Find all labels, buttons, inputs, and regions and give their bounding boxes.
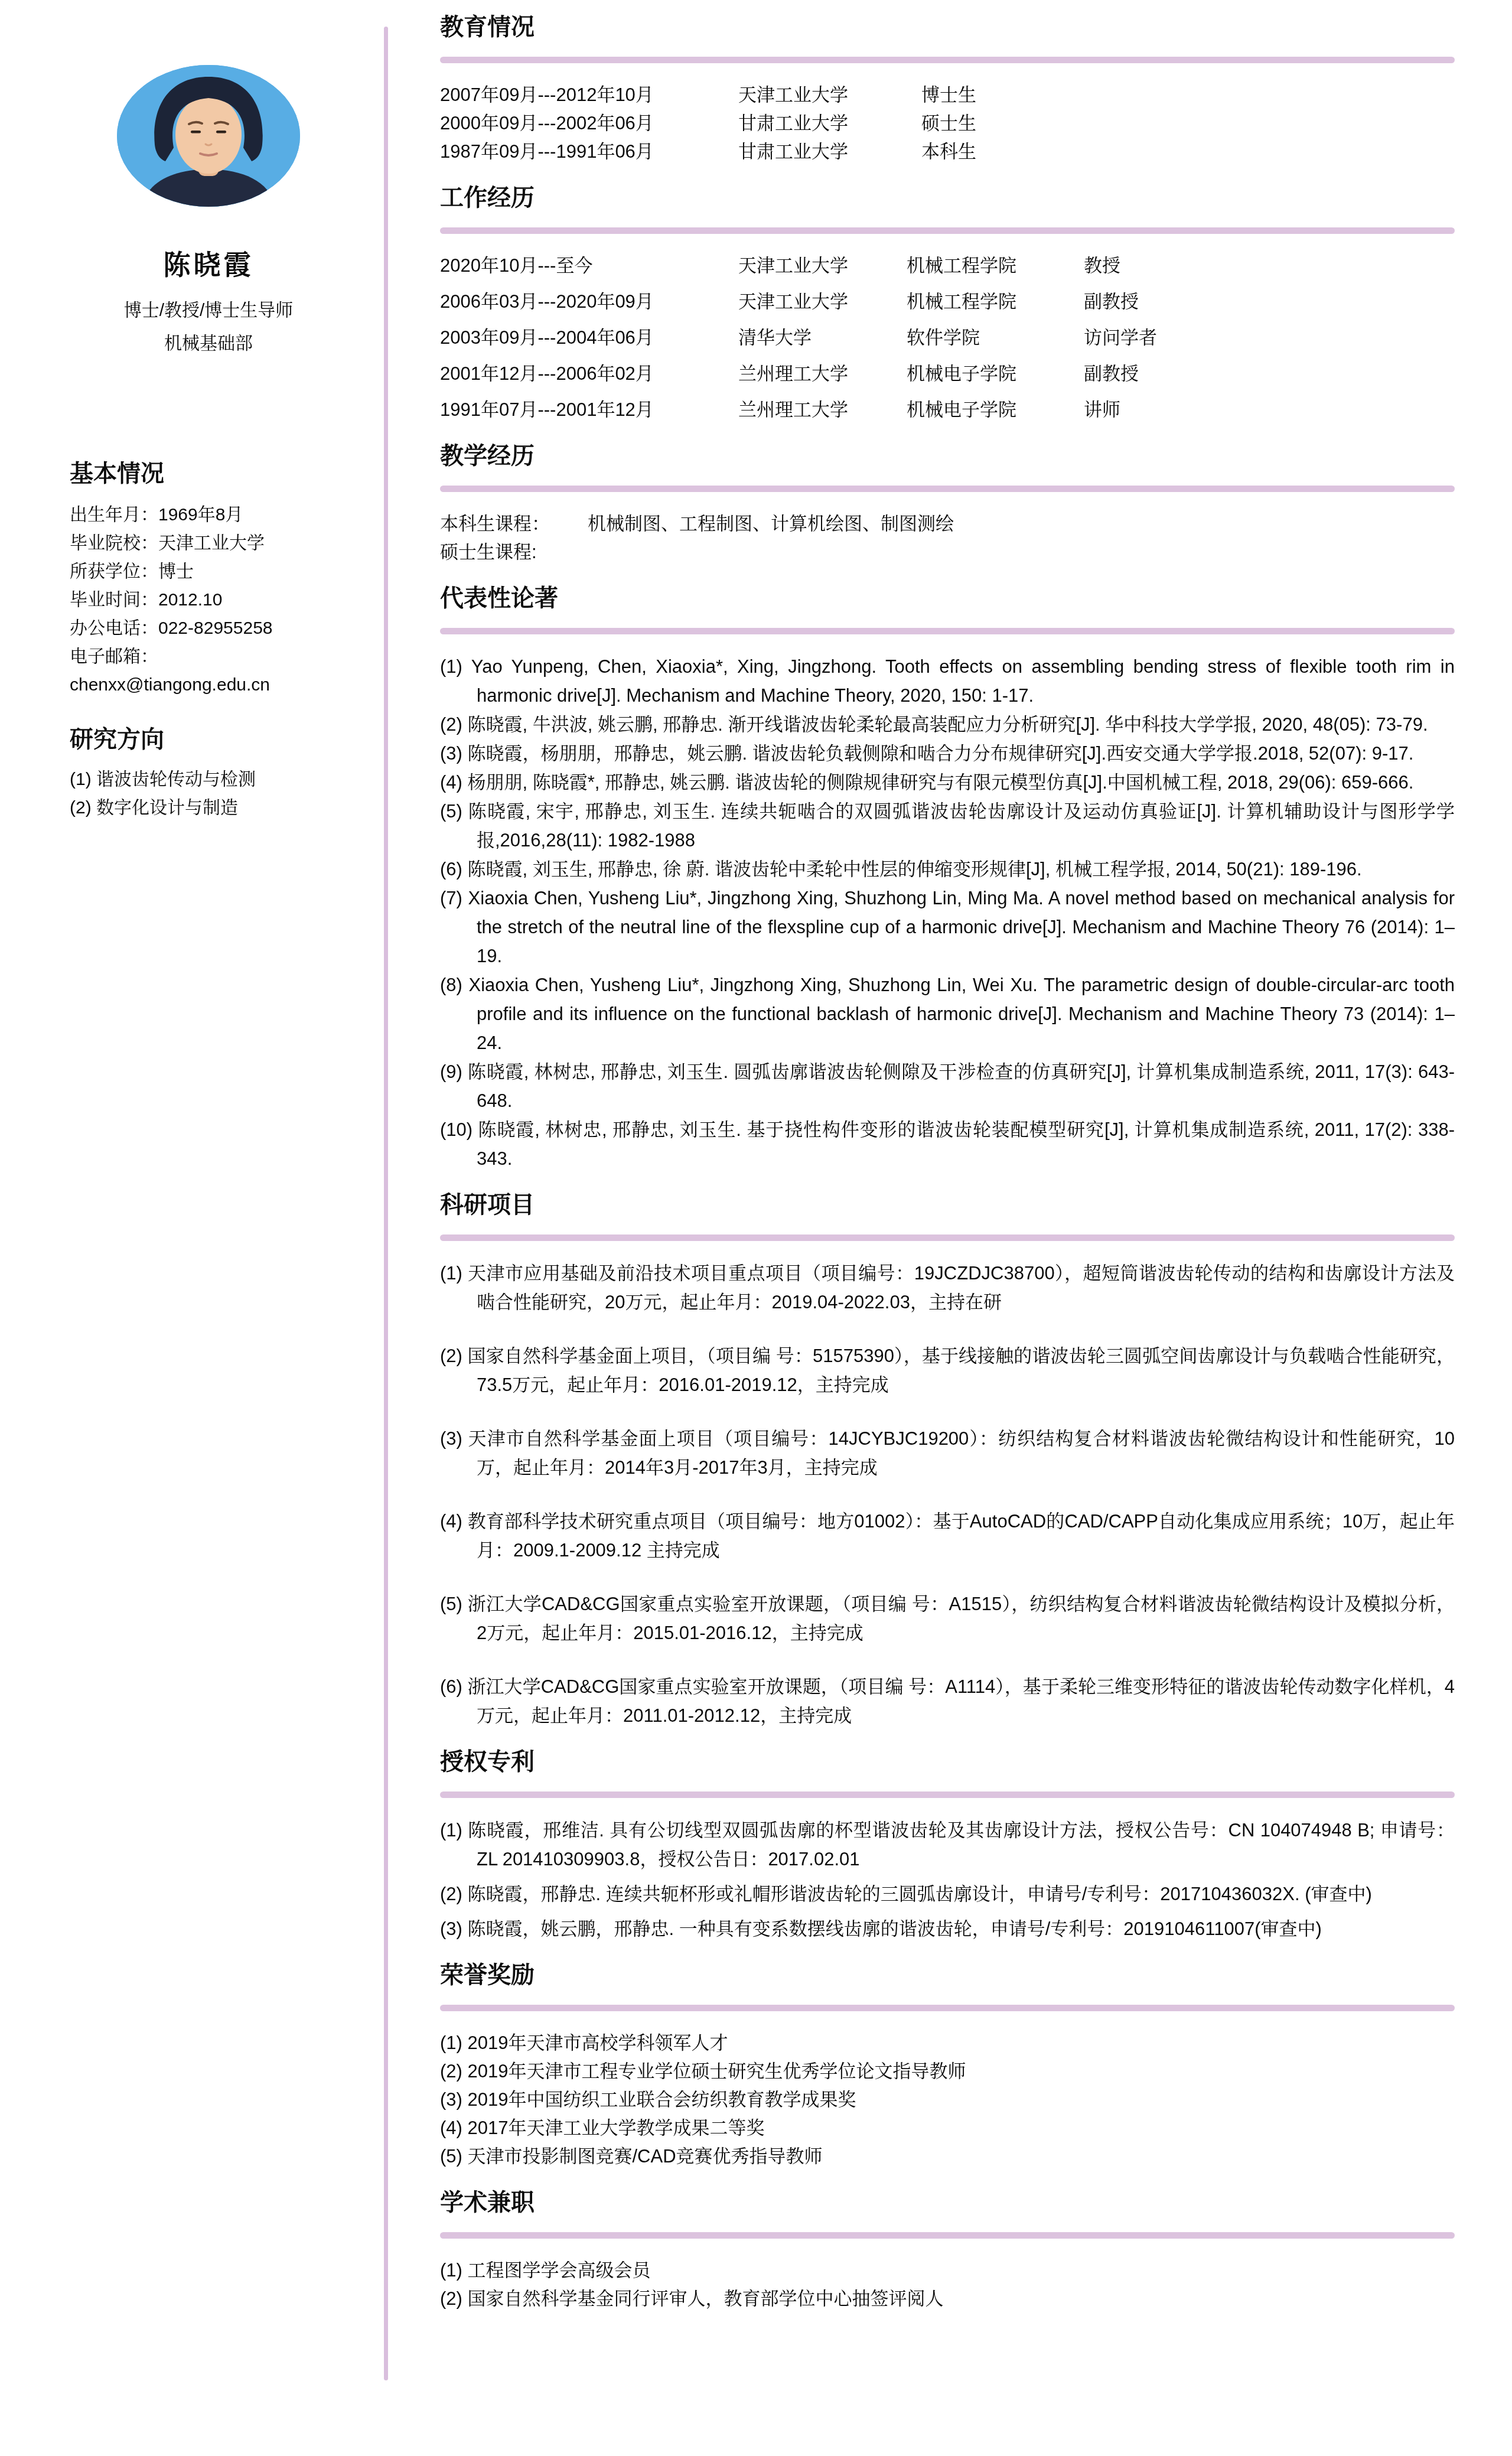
basic-info-row: 所获学位：博士 [70, 558, 347, 586]
honors-heading: 荣誉奖励 [440, 1961, 1455, 1989]
education-heading: 教育情况 [440, 13, 1455, 41]
patent-item: (1) 陈晓霞，邢维洁. 具有公切线型双圆弧齿廓的杯型谐波齿轮及其齿廓设计方法，… [440, 1816, 1455, 1874]
info-label: 电子邮箱： [70, 647, 158, 666]
sidebar: 陈晓霞 博士/教授/博士生导师 机械基础部 基本情况 出生年月：1969年8月 … [70, 65, 347, 822]
education-row: 2007年09月---2012年10月 天津工业大学 博士生 [440, 81, 1455, 109]
section-teaching: 教学经历 本科生课程： 机械制图、工程制图、计算机绘图、制图测绘 硕士生课程: [440, 442, 1455, 566]
period-cell: 2006年03月---2020年09月 [440, 288, 738, 316]
basic-info-list: 出生年月：1969年8月 毕业院校：天津工业大学 所获学位：博士 毕业时间：20… [70, 501, 347, 699]
profile-name: 陈晓霞 [70, 243, 347, 282]
accent-rule [440, 486, 1455, 492]
organization-cell: 清华大学 [738, 324, 907, 352]
department-cell: 机械工程学院 [907, 288, 1084, 316]
email-value: chenxx@tiangong.edu.cn [70, 671, 347, 699]
patents-heading: 授权专利 [440, 1748, 1455, 1776]
section-honors: 荣誉奖励 (1) 2019年天津市高校学科领军人才 (2) 2019年天津市工程… [440, 1961, 1455, 2171]
publication-item: (5) 陈晓霞, 宋宇, 邢静忠, 刘玉生. 连续共轭啮合的双圆弧谐波齿轮齿廓设… [440, 797, 1455, 855]
publication-item: (7) Xiaoxia Chen, Yusheng Liu*, Jingzhon… [440, 884, 1455, 970]
teaching-row: 本科生课程： 机械制图、工程制图、计算机绘图、制图测绘 [440, 510, 1455, 538]
publication-item: (3) 陈晓霞，杨朋朋，邢静忠，姚云鹏. 谐波齿轮负载侧隙和啮合力分布规律研究[… [440, 739, 1455, 768]
section-patents: 授权专利 (1) 陈晓霞，邢维洁. 具有公切线型双圆弧齿廓的杯型谐波齿轮及其齿廓… [440, 1748, 1455, 1943]
section-work: 工作经历 2020年10月---至今 天津工业大学 机械工程学院 教授 2006… [440, 184, 1455, 424]
accent-rule [440, 628, 1455, 634]
info-label: 出生年月： [70, 505, 158, 525]
research-direction-item: (2) 数字化设计与制造 [70, 794, 347, 822]
publication-item: (2) 陈晓霞, 牛洪波, 姚云鹏, 邢静忠. 渐开线谐波齿轮柔轮最高装配应力分… [440, 710, 1455, 739]
academic-post-item: (2) 国家自然科学基金同行评审人，教育部学位中心抽签评阅人 [440, 2285, 1455, 2313]
organization-cell: 天津工业大学 [738, 252, 907, 280]
info-value: 2012.10 [158, 590, 222, 610]
accent-rule [440, 1234, 1455, 1241]
info-value: 天津工业大学 [158, 533, 265, 553]
honor-item: (2) 2019年天津市工程专业学位硕士研究生优秀学位论文指导教师 [440, 2057, 1455, 2086]
project-item: (4) 教育部科学技术研究重点项目（项目编号：地方01002）：基于AutoCA… [440, 1507, 1455, 1565]
education-row: 1987年09月---1991年06月 甘肃工业大学 本科生 [440, 138, 1455, 166]
degree-cell: 博士生 [921, 81, 1455, 109]
period-cell: 2007年09月---2012年10月 [440, 81, 738, 109]
school-cell: 甘肃工业大学 [738, 138, 921, 166]
course-list: 机械制图、工程制图、计算机绘图、制图测绘 [588, 510, 1455, 538]
work-heading: 工作经历 [440, 184, 1455, 212]
publication-item: (4) 杨朋朋, 陈晓霞*, 邢静忠, 姚云鹏. 谐波齿轮的侧隙规律研究与有限元… [440, 768, 1455, 797]
publication-item: (10) 陈晓霞, 林树忠, 邢静忠, 刘玉生. 基于挠性构件变形的谐波齿轮装配… [440, 1115, 1455, 1173]
department-cell: 软件学院 [907, 324, 1084, 352]
publication-item: (1) Yao Yunpeng, Chen, Xiaoxia*, Xing, J… [440, 652, 1455, 710]
period-cell: 1987年09月---1991年06月 [440, 138, 738, 166]
project-item: (2) 国家自然科学基金面上项目，（项目编 号：51575390），基于线接触的… [440, 1341, 1455, 1399]
publications-heading: 代表性论著 [440, 584, 1455, 613]
accent-rule [440, 2232, 1455, 2239]
course-list [588, 538, 1455, 566]
patent-item: (3) 陈晓霞，姚云鹏，邢静忠. 一种具有变系数摆线齿廓的谐波齿轮，申请号/专利… [440, 1914, 1455, 1943]
accent-rule [440, 2005, 1455, 2011]
project-item: (6) 浙江大学CAD&CG国家重点实验室开放课题，（项目编 号：A1114），… [440, 1672, 1455, 1730]
info-value: 022-82955258 [158, 618, 273, 638]
profile-photo [117, 65, 300, 207]
title-cell: 访问学者 [1084, 324, 1455, 352]
publication-item: (6) 陈晓霞, 刘玉生, 邢静忠, 徐 蔚. 谐波齿轮中柔轮中性层的伸缩变形规… [440, 855, 1455, 884]
column-divider [384, 27, 388, 2380]
basic-info-row: 毕业时间：2012.10 [70, 586, 347, 614]
school-cell: 甘肃工业大学 [738, 109, 921, 138]
project-item: (5) 浙江大学CAD&CG国家重点实验室开放课题，（项目编 号：A1515），… [440, 1589, 1455, 1647]
academic-posts-heading: 学术兼职 [440, 2188, 1455, 2217]
main-content: 教育情况 2007年09月---2012年10月 天津工业大学 博士生 2000… [440, 13, 1455, 2313]
info-label: 毕业时间： [70, 590, 158, 610]
accent-rule [440, 57, 1455, 63]
period-cell: 2001年12月---2006年02月 [440, 360, 738, 388]
info-value: 博士 [158, 562, 194, 581]
degree-cell: 本科生 [921, 138, 1455, 166]
research-direction-item: (1) 谐波齿轮传动与检测 [70, 766, 347, 794]
teaching-row: 硕士生课程: [440, 538, 1455, 566]
publication-item: (8) Xiaoxia Chen, Yusheng Liu*, Jingzhon… [440, 970, 1455, 1057]
profile-title: 博士/教授/博士生导师 [70, 295, 347, 321]
department-cell: 机械电子学院 [907, 360, 1084, 388]
info-value: 1969年8月 [158, 505, 243, 525]
work-row: 2001年12月---2006年02月 兰州理工大学 机械电子学院 副教授 [440, 360, 1455, 388]
degree-cell: 硕士生 [921, 109, 1455, 138]
section-education: 教育情况 2007年09月---2012年10月 天津工业大学 博士生 2000… [440, 13, 1455, 166]
course-level-label: 本科生课程： [440, 510, 588, 538]
profile-department: 机械基础部 [70, 328, 347, 354]
organization-cell: 天津工业大学 [738, 288, 907, 316]
title-cell: 教授 [1084, 252, 1455, 280]
section-academic-posts: 学术兼职 (1) 工程图学学会高级会员 (2) 国家自然科学基金同行评审人，教育… [440, 2188, 1455, 2313]
faculty-profile-page: 陈晓霞 博士/教授/博士生导师 机械基础部 基本情况 出生年月：1969年8月 … [0, 0, 1512, 2456]
info-label: 所获学位： [70, 562, 158, 581]
work-row: 2020年10月---至今 天津工业大学 机械工程学院 教授 [440, 252, 1455, 280]
period-cell: 1991年07月---2001年12月 [440, 396, 738, 424]
project-item: (3) 天津市自然科学基金面上项目（项目编号：14JCYBJC19200）：纺织… [440, 1424, 1455, 1482]
research-directions-list: (1) 谐波齿轮传动与检测 (2) 数字化设计与制造 [70, 766, 347, 822]
info-label: 办公电话： [70, 618, 158, 638]
basic-info-row-email: 电子邮箱：chenxx@tiangong.edu.cn [70, 643, 347, 699]
info-label: 毕业院校： [70, 533, 158, 553]
basic-info-row: 出生年月：1969年8月 [70, 501, 347, 529]
publication-item: (9) 陈晓霞, 林树忠, 邢静忠, 刘玉生. 圆弧齿廓谐波齿轮侧隙及干涉检查的… [440, 1057, 1455, 1115]
accent-rule [440, 227, 1455, 234]
basic-info-row: 办公电话：022-82955258 [70, 614, 347, 643]
section-projects: 科研项目 (1) 天津市应用基础及前沿技术项目重点项目（项目编号：19JCZDJ… [440, 1191, 1455, 1730]
title-cell: 副教授 [1084, 288, 1455, 316]
projects-heading: 科研项目 [440, 1191, 1455, 1219]
organization-cell: 兰州理工大学 [738, 360, 907, 388]
school-cell: 天津工业大学 [738, 81, 921, 109]
period-cell: 2020年10月---至今 [440, 252, 738, 280]
title-cell: 副教授 [1084, 360, 1455, 388]
project-item: (1) 天津市应用基础及前沿技术项目重点项目（项目编号：19JCZDJC3870… [440, 1259, 1455, 1317]
education-row: 2000年09月---2002年06月 甘肃工业大学 硕士生 [440, 109, 1455, 138]
honor-item: (5) 天津市投影制图竞赛/CAD竞赛优秀指导教师 [440, 2142, 1455, 2171]
academic-post-item: (1) 工程图学学会高级会员 [440, 2256, 1455, 2285]
course-level-label: 硕士生课程: [440, 538, 588, 566]
section-publications: 代表性论著 (1) Yao Yunpeng, Chen, Xiaoxia*, X… [440, 584, 1455, 1173]
period-cell: 2003年09月---2004年06月 [440, 324, 738, 352]
honor-item: (1) 2019年天津市高校学科领军人才 [440, 2029, 1455, 2057]
teaching-heading: 教学经历 [440, 442, 1455, 470]
research-directions-heading: 研究方向 [70, 725, 347, 754]
department-cell: 机械工程学院 [907, 252, 1084, 280]
basic-info-heading: 基本情况 [70, 460, 347, 488]
honor-item: (3) 2019年中国纺织工业联合会纺织教育教学成果奖 [440, 2086, 1455, 2114]
honor-item: (4) 2017年天津工业大学教学成果二等奖 [440, 2114, 1455, 2142]
patent-item: (2) 陈晓霞，邢静忠. 连续共轭杯形或礼帽形谐波齿轮的三圆弧齿廓设计，申请号/… [440, 1880, 1455, 1908]
accent-rule [440, 1791, 1455, 1798]
title-cell: 讲师 [1084, 396, 1455, 424]
work-row: 1991年07月---2001年12月 兰州理工大学 机械电子学院 讲师 [440, 396, 1455, 424]
department-cell: 机械电子学院 [907, 396, 1084, 424]
basic-info-row: 毕业院校：天津工业大学 [70, 529, 347, 558]
work-row: 2006年03月---2020年09月 天津工业大学 机械工程学院 副教授 [440, 288, 1455, 316]
organization-cell: 兰州理工大学 [738, 396, 907, 424]
work-row: 2003年09月---2004年06月 清华大学 软件学院 访问学者 [440, 324, 1455, 352]
period-cell: 2000年09月---2002年06月 [440, 109, 738, 138]
portrait-illustration [117, 65, 300, 207]
